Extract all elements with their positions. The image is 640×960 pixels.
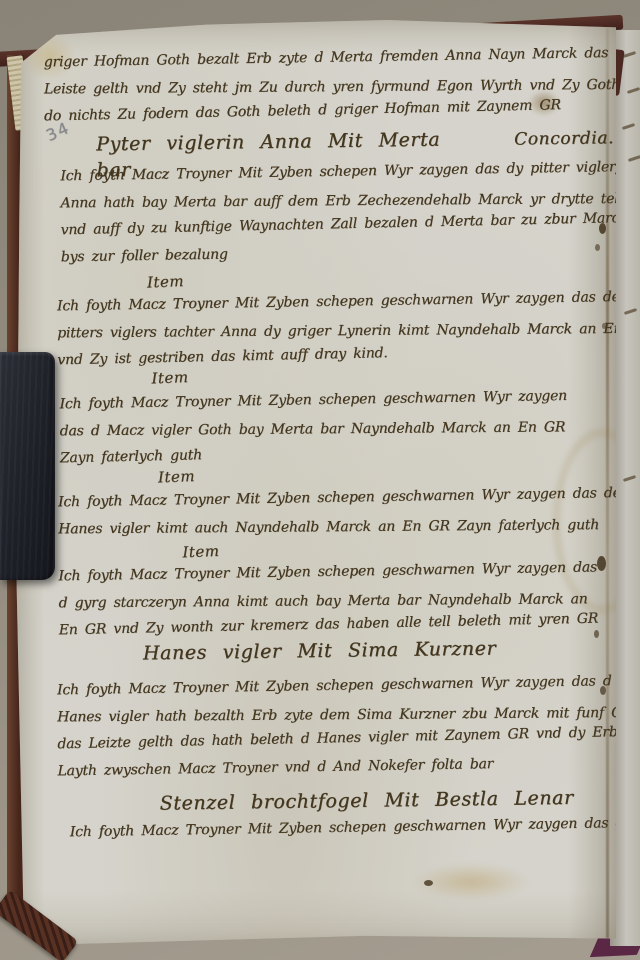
text-paragraph: griger Hofman Goth bezalt Erb zyte d Mer… [44, 46, 640, 130]
text-line: Ich foyth Macz Troyner Mit Zyben schepen… [58, 554, 598, 590]
text-line: griger Hofman Goth bezalt Erb zyte d Mer… [44, 39, 640, 76]
text-paragraph: Ich foyth Macz Troyner Mit Zyben schepen… [60, 389, 568, 473]
text-line: Ich foyth Macz Troyner Mit Zyben schepen… [57, 284, 640, 321]
text-line: Ich foyth Macz Troyner Mit Zyben schepen… [70, 810, 625, 846]
section-heading-hanes-vigler: Hanes vigler Mit Sima Kurzner [143, 636, 497, 667]
item-marker: Item [147, 270, 185, 293]
heading-note-concordia: Concordia. [514, 125, 614, 152]
text-line: Hanes vigler kimt auch Nayndehalb Marck … [58, 512, 634, 544]
text-line: Ich foyth Macz Troyner Mit Zyben schepen… [59, 383, 567, 418]
manuscript-photograph: 34 griger Hofman Goth bezalt Erb zyte d … [0, 0, 640, 960]
text-line: Ich foyth Macz Troyner Mit Zyben schepen… [57, 668, 633, 705]
manuscript-page: 34 griger Hofman Goth bezalt Erb zyte d … [14, 20, 616, 946]
text-line: Ich foyth Macz Troyner Mit Zyben schepen… [58, 480, 634, 517]
heading-text: Hanes vigler Mit Sima Kurzner [143, 636, 497, 667]
text-paragraph: Ich foyth Macz Troyner Mit Zyben schepen… [57, 674, 633, 785]
text-paragraph: Ich foyth Macz Troyner Mit Zyben schepen… [58, 486, 634, 543]
item-marker: Item [151, 366, 189, 389]
text-paragraph: Ich foyth Macz Troyner Mit Zyben schepen… [70, 816, 625, 846]
text-paragraph: Ich foyth Macz Troyner Mit Zyben schepen… [57, 290, 640, 374]
book-clasp [0, 352, 55, 580]
manuscript-text: griger Hofman Goth bezalt Erb zyte d Mer… [12, 18, 619, 947]
text-paragraph: Ich foyth Macz Troyner Mit Zyben schepen… [58, 561, 598, 645]
item-marker: Item [158, 465, 196, 488]
text-paragraph: Ich foyth Macz Troyner Mit Zyben schepen… [60, 160, 632, 271]
